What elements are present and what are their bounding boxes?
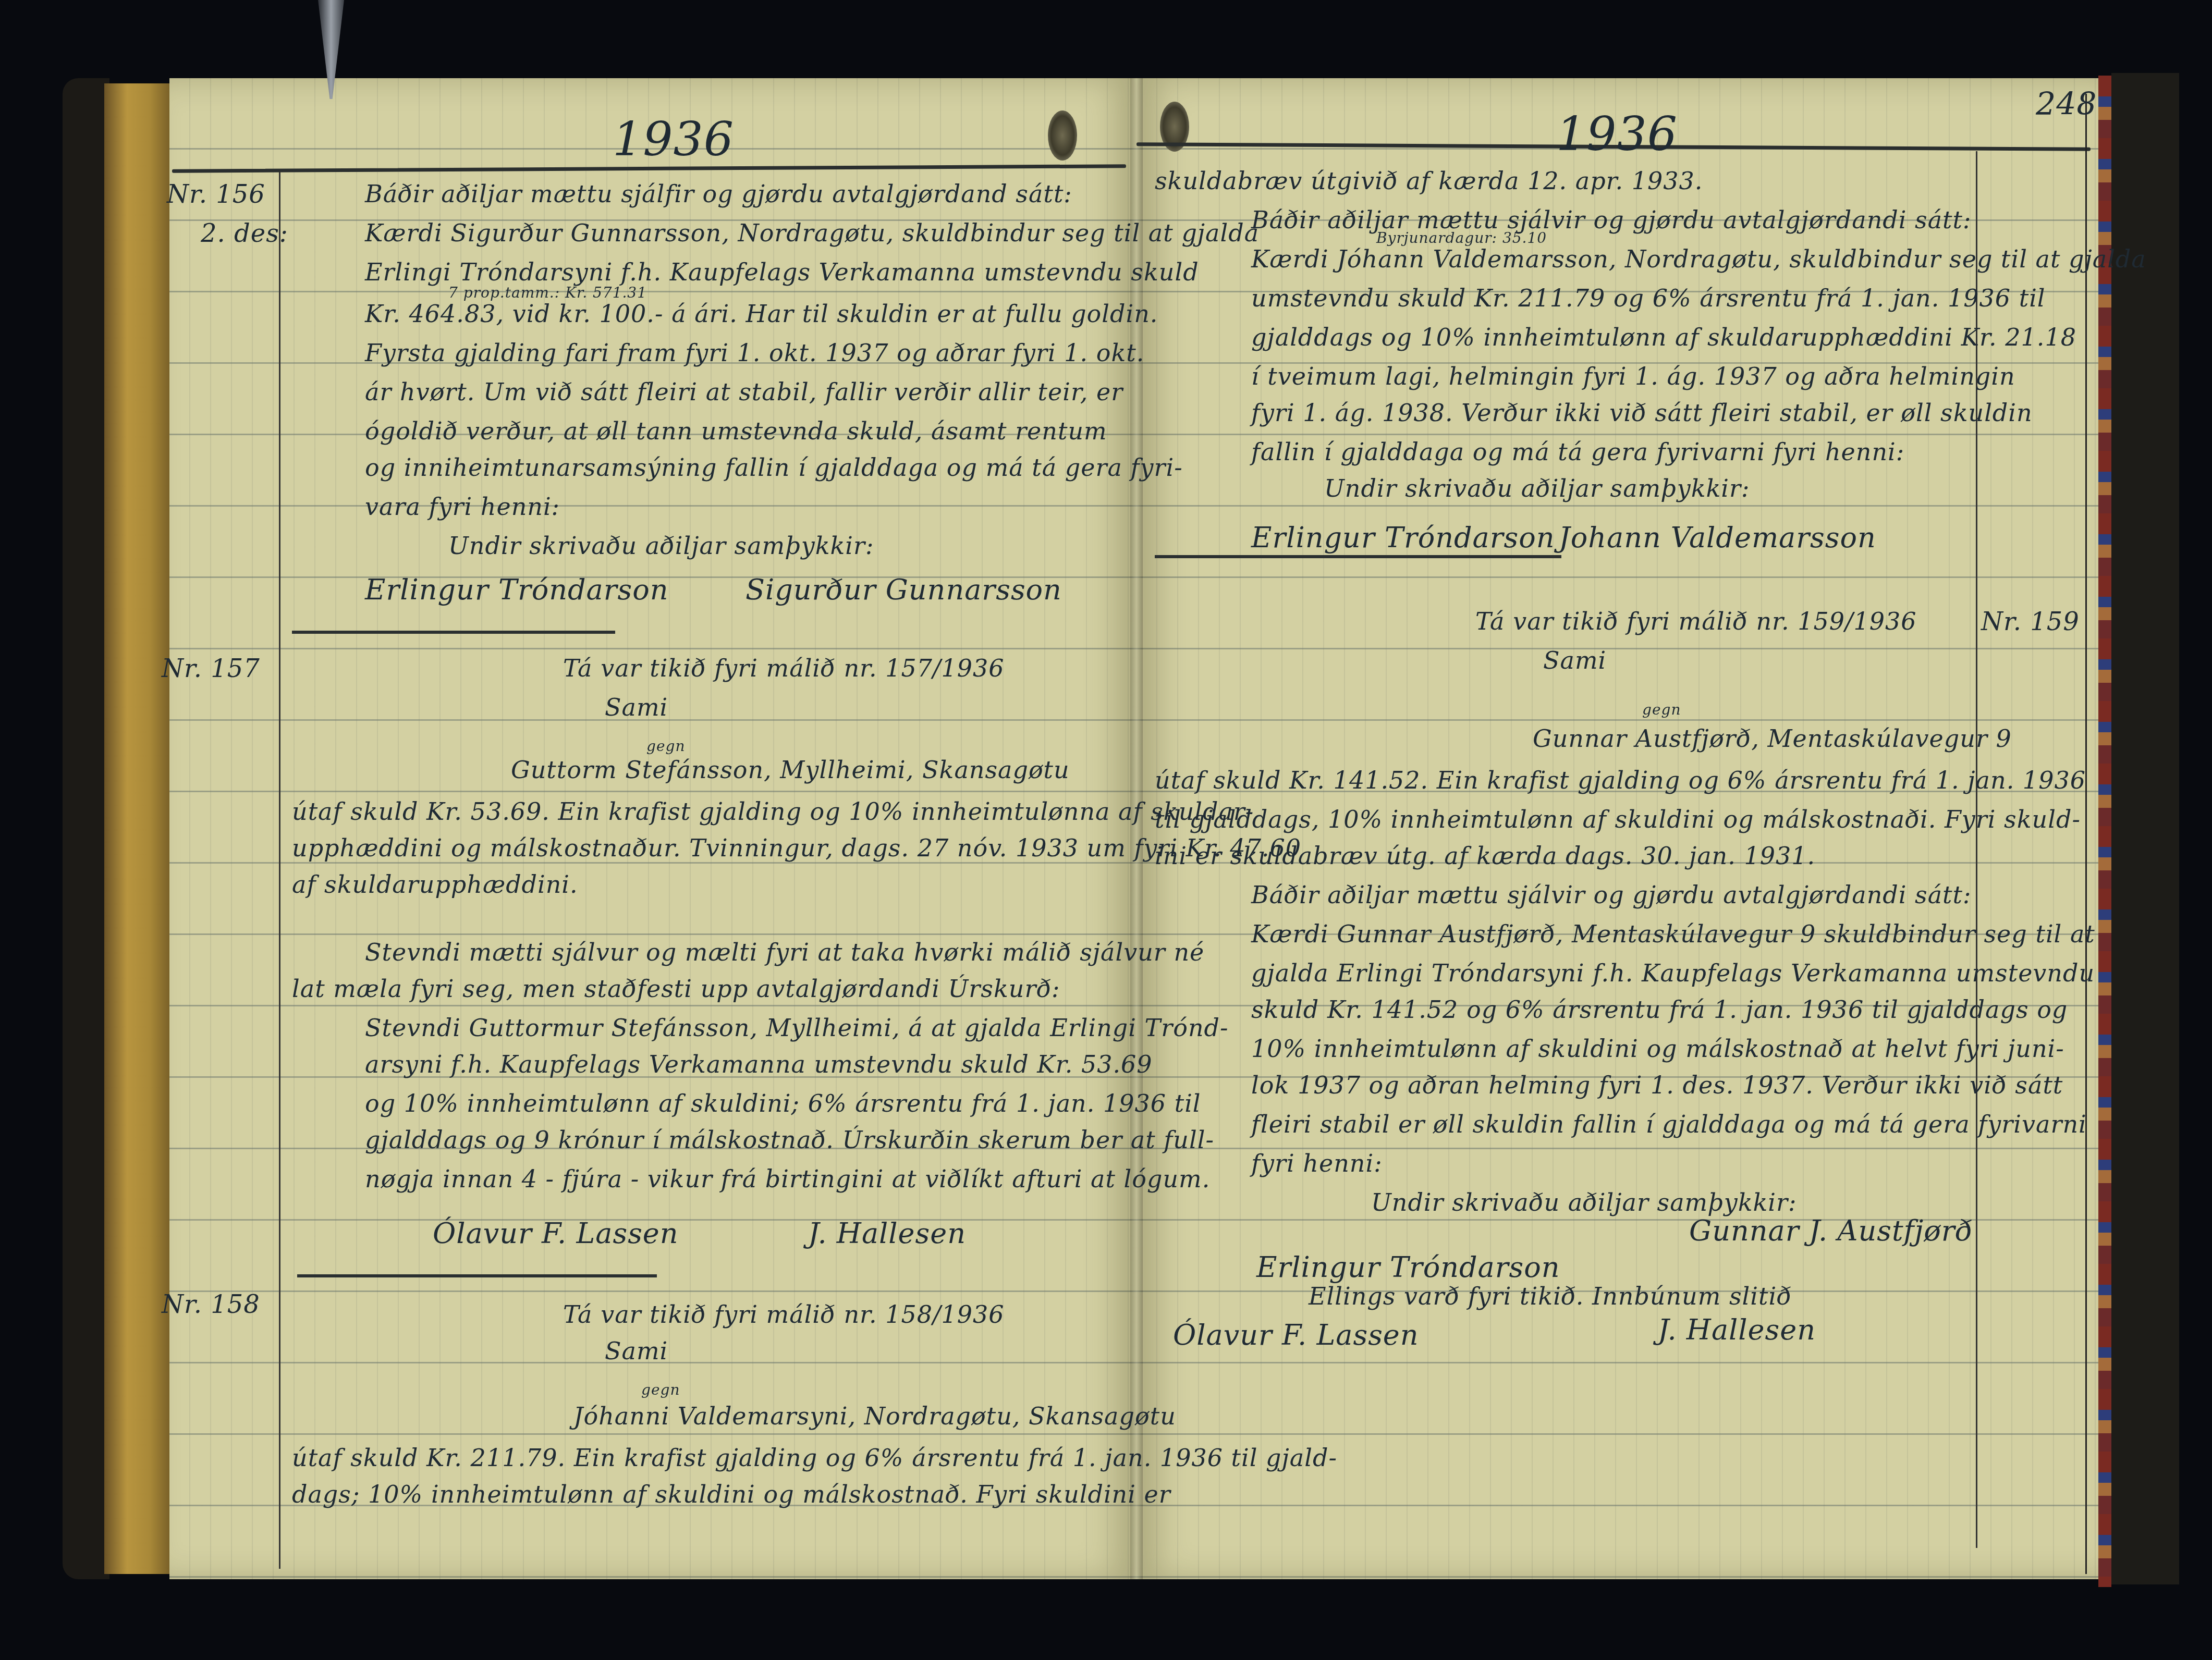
margin-date-156: 2. des: xyxy=(201,219,288,248)
entry-158-cont-line: í tveimum lagi, helmingin fyri 1. ág. 19… xyxy=(1251,362,2015,390)
margin-line-right xyxy=(1976,151,1977,1548)
entry-157-versus: gegn xyxy=(646,737,685,755)
year-heading-right: 1936 xyxy=(1556,107,1678,162)
entry-158-cont-line: umstevndu skuld Kr. 211.79 og 6% ársrent… xyxy=(1251,284,2046,312)
entry-157-line: lat mæla fyri seg, men staðfesti upp avt… xyxy=(292,975,1060,1003)
entry-156-line: ógoldið verður, at øll tann umstevnda sk… xyxy=(365,417,1107,445)
entry-157-line: Stevndi Guttormur Stefánsson, Myllheimi,… xyxy=(365,1014,1229,1042)
entry-159-line: Báðir aðiljar mættu sjálvir og gjørdu av… xyxy=(1251,881,1972,909)
entry-158-line: dags; 10% innheimtulønn af skuldini og m… xyxy=(292,1480,1171,1508)
entry-157-line: arsyni f.h. Kaupfelags Verkamanna umstev… xyxy=(365,1050,1153,1078)
entry-159-note: Ellings varð fyri tikið. Innbúnum slitið xyxy=(1309,1282,1792,1310)
entry-159-line: ini er skuldabræv útg. af kærda dags. 30… xyxy=(1155,842,1815,870)
entry-159-line: Kærdi Gunnar Austfjørð, Mentaskúlavegur … xyxy=(1251,920,2095,948)
entry-159-line: skuld Kr. 141.52 og 6% ársrentu frá 1. j… xyxy=(1251,995,2068,1024)
entry-158-defendant: Jóhanni Valdemarsyni, Nordragøtu, Skansa… xyxy=(573,1402,1176,1430)
entry-156-line: Kærdi Sigurður Gunnarsson, Nordragøtu, s… xyxy=(365,219,1259,247)
entry-156-line: vara fyri henni: xyxy=(365,493,560,521)
signature: Johann Valdemarsson xyxy=(1559,521,1876,554)
entry-157-line: útaf skuld Kr. 53.69. Ein krafist gjaldi… xyxy=(292,797,1254,826)
signature: Erlingur Tróndarson xyxy=(1251,521,1555,554)
entry-158-subheading: Sami xyxy=(605,1337,668,1365)
entry-159-subheading: Sami xyxy=(1543,646,1606,674)
entry-159-line: fleiri stabil er øll skuldin fallin í gj… xyxy=(1251,1110,2087,1138)
judge-signature: J. Hallesen xyxy=(1658,1313,1816,1346)
entry-159-defendant: Gunnar Austfjørð, Mentaskúlavegur 9 xyxy=(1533,724,2012,753)
entry-157-line: og 10% innheimtulønn af skuldini; 6% árs… xyxy=(365,1089,1201,1117)
entry-separator xyxy=(1155,555,1561,558)
judge-signature: J. Hallesen xyxy=(808,1217,966,1250)
entry-156-line: Fyrsta gjalding fari fram fyri 1. okt. 1… xyxy=(365,339,1144,367)
entry-159-line: til gjalddags, 10% innheimtulønn af skul… xyxy=(1155,805,2081,833)
entry-158-cont-line: Undir skrivaðu aðiljar samþykkir: xyxy=(1324,474,1750,502)
entry-156-line: ár hvørt. Um við sátt fleiri at stabil, … xyxy=(365,378,1123,406)
entry-159-line: útaf skuld Kr. 141.52. Ein krafist gjald… xyxy=(1155,766,2086,794)
margin-case-156: Nr. 156 xyxy=(167,180,265,209)
entry-156-line: Erlingi Tróndarsyni f.h. Kaupfelags Verk… xyxy=(365,258,1199,286)
entry-159-line: Undir skrivaðu aðiljar samþykkir: xyxy=(1371,1188,1797,1216)
signature: Erlingur Tróndarson xyxy=(1256,1251,1560,1284)
entry-157-line: upphæddini og málskostnaður. Tvinningur,… xyxy=(292,834,1301,862)
entry-157-line: gjalddags og 9 krónur í málskostnað. Úrs… xyxy=(365,1126,1214,1154)
book-cover-right xyxy=(2111,73,2179,1584)
entry-159-line: gjalda Erlingi Tróndarsyni f.h. Kaupfela… xyxy=(1251,959,2095,987)
entry-separator xyxy=(297,1274,657,1277)
judge-signature: Ólavur F. Lassen xyxy=(433,1217,679,1250)
page-block-edge xyxy=(104,83,169,1574)
page-number: 248 xyxy=(2036,86,2097,122)
margin-case-158: Nr. 158 xyxy=(162,1290,260,1319)
signature: Sigurður Gunnarsson xyxy=(746,573,1062,606)
entry-159-line: 10% innheimtulønn af skuldini og málskos… xyxy=(1251,1035,2064,1063)
entry-157-subheading: Sami xyxy=(605,693,668,721)
entry-158-line: útaf skuld Kr. 211.79. Ein krafist gjald… xyxy=(292,1444,1337,1472)
entry-158-heading: Tá var tikið fyri málið nr. 158/1936 xyxy=(563,1300,1005,1329)
entry-159-line: fyri henni: xyxy=(1251,1149,1383,1177)
signature: Gunnar J. Austfjørð xyxy=(1689,1214,1973,1247)
year-heading-left: 1936 xyxy=(613,112,734,167)
entry-159-versus: gegn xyxy=(1642,701,1681,718)
entry-156-line: og inniheimtunarsamsýning fallin í gjald… xyxy=(365,453,1183,482)
entry-158-cont-line: fallin í gjalddaga og má tá gera fyrivar… xyxy=(1251,438,1904,466)
entry-separator xyxy=(292,631,615,634)
entry-158-cont-line: Báðir aðiljar mættu sjálvir og gjørdu av… xyxy=(1251,206,1972,234)
entry-159-line: lok 1937 og aðran helming fyri 1. des. 1… xyxy=(1251,1071,2063,1099)
punch-hole-left xyxy=(1048,110,1077,161)
margin-case-157: Nr. 157 xyxy=(162,654,260,683)
entry-156-line: Undir skrivaðu aðiljar samþykkir: xyxy=(448,532,874,560)
book-cover-left xyxy=(63,78,109,1579)
entry-158-cont-line: skuldabræv útgivið af kærda 12. apr. 193… xyxy=(1155,167,1703,195)
judge-signature: Ólavur F. Lassen xyxy=(1173,1319,1419,1351)
entry-158-note: Byrjunardagur: 35.10 xyxy=(1376,229,1547,247)
entry-157-line: Stevndi mætti sjálvur og mælti fyri at t… xyxy=(365,938,1204,966)
entry-158-versus: gegn xyxy=(641,1381,680,1398)
entry-156-line: Báðir aðiljar mættu sjálfir og gjørdu av… xyxy=(365,180,1072,208)
margin-case-159: Nr. 159 xyxy=(1981,607,2080,636)
entry-156-line: Kr. 464.83, vid kr. 100.- á ári. Har til… xyxy=(365,300,1158,328)
marbled-edge xyxy=(2098,76,2111,1587)
entry-158-cont-line: fyri 1. ág. 1938. Verður ikki við sátt f… xyxy=(1251,399,2033,427)
entry-159-heading: Tá var tikið fyri málið nr. 159/1936 xyxy=(1475,607,1917,635)
entry-158-cont-line: Kærdi Jóhann Valdemarsson, Nordragøtu, s… xyxy=(1251,245,2146,273)
outer-rule-right xyxy=(2085,94,2087,1574)
entry-156-note: 7 prop.tamm.: Kr. 571.31 xyxy=(448,284,647,301)
signature: Erlingur Tróndarson xyxy=(365,573,669,606)
entry-157-line: af skuldarupphæddini. xyxy=(292,870,578,899)
entry-157-defendant: Guttorm Stefánsson, Myllheimi, Skansagøt… xyxy=(511,756,1070,784)
entry-157-line: nøgja innan 4 - fjúra - vikur frá birtin… xyxy=(365,1165,1210,1193)
entry-158-cont-line: gjalddags og 10% innheimtulønn af skulda… xyxy=(1251,323,2076,351)
margin-line-left xyxy=(279,172,280,1569)
entry-157-heading: Tá var tikið fyri málið nr. 157/1936 xyxy=(563,654,1005,682)
